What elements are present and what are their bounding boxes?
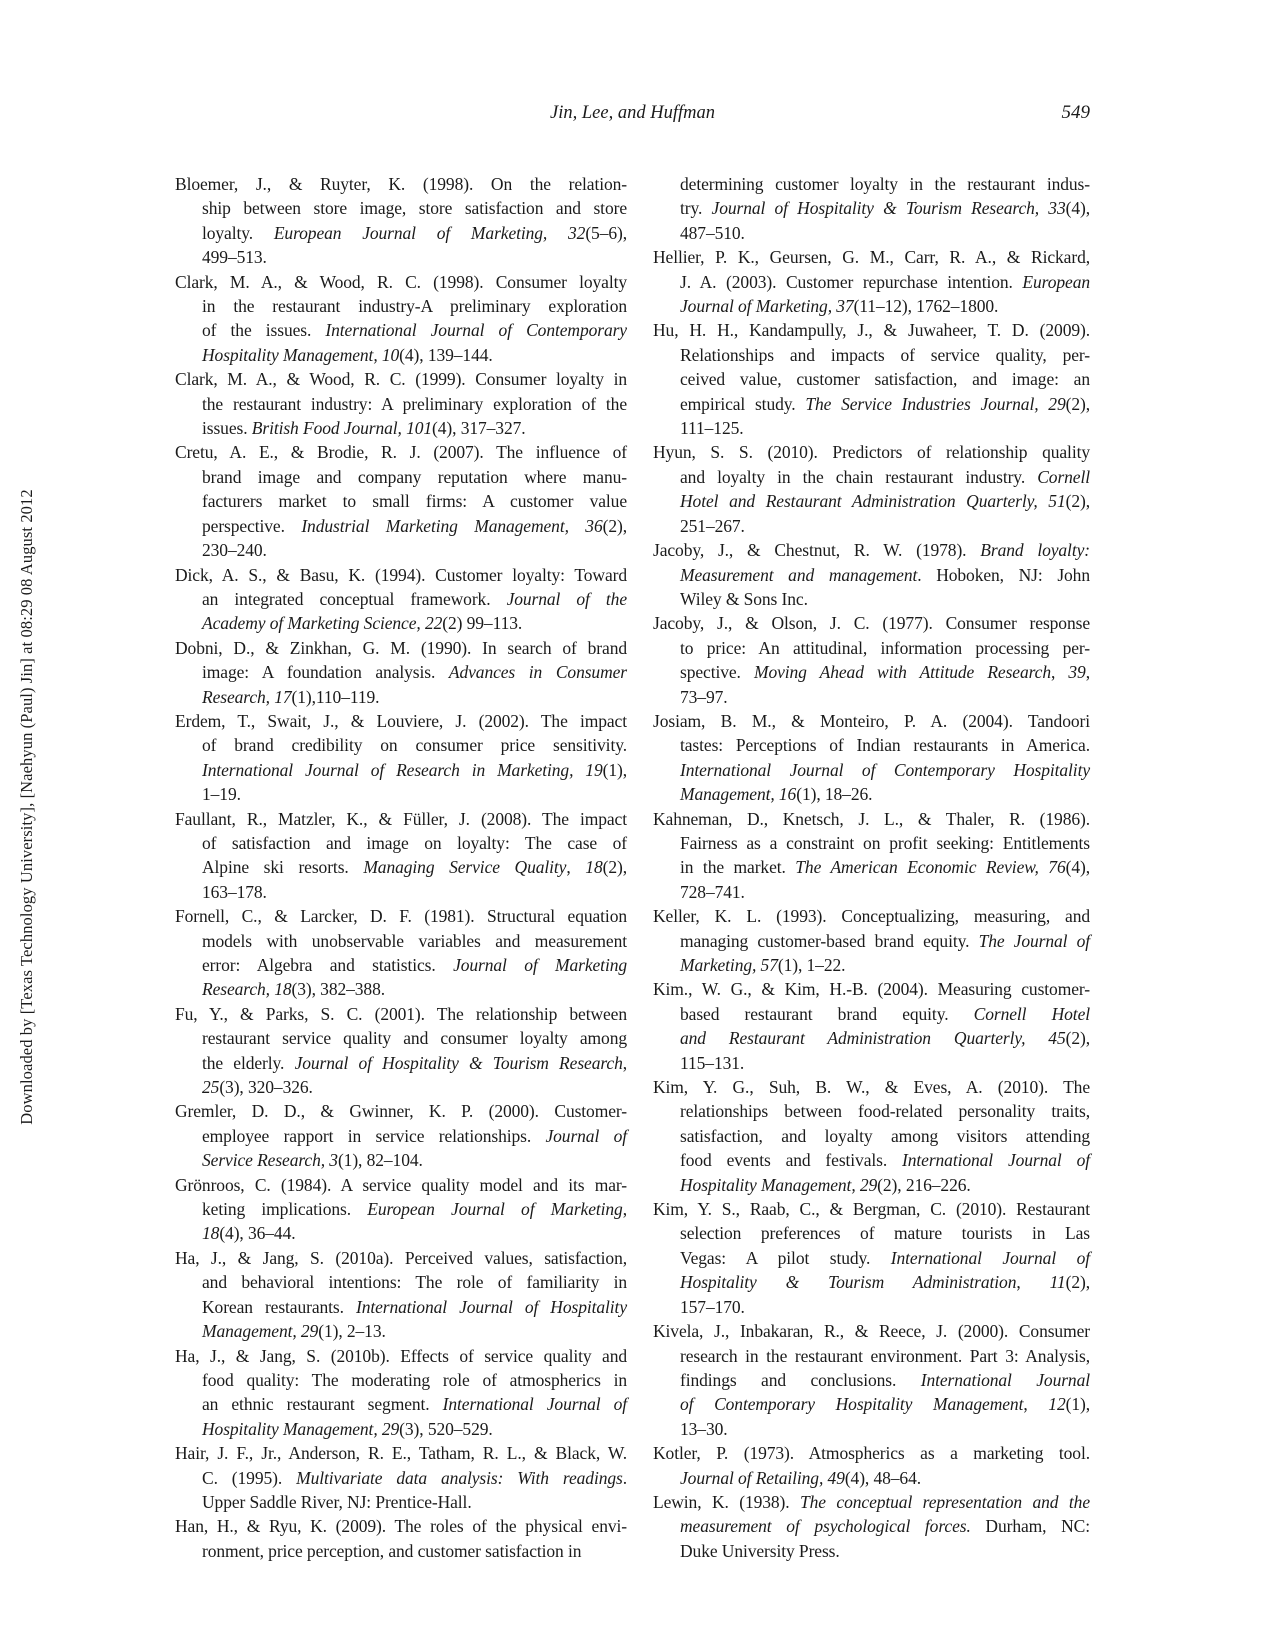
reference-entry: Dick, A. S., & Basu, K. (1994). Customer… xyxy=(175,563,627,636)
reference-line: determining customer loyalty in the rest… xyxy=(653,172,1090,196)
reference-line: relationships between food-related perso… xyxy=(653,1099,1090,1123)
reference-entry: Keller, K. L. (1993). Conceptualizing, m… xyxy=(653,904,1090,977)
reference-line: Josiam, B. M., & Monteiro, P. A. (2004).… xyxy=(653,709,1090,733)
reference-line: Hair, J. F., Jr., Anderson, R. E., Tatha… xyxy=(175,1441,627,1465)
reference-line: 18(4), 36–44. xyxy=(175,1221,627,1245)
reference-line: Hospitality Management, 29(2), 216–226. xyxy=(653,1173,1090,1197)
reference-line: research in the restaurant environment. … xyxy=(653,1344,1090,1368)
reference-line: Duke University Press. xyxy=(653,1539,1090,1563)
reference-line: image: A foundation analysis. Advances i… xyxy=(175,660,627,684)
reference-line: keting implications. European Journal of… xyxy=(175,1197,627,1221)
reference-line: J. A. (2003). Customer repurchase intent… xyxy=(653,270,1090,294)
reference-line: Clark, M. A., & Wood, R. C. (1998). Cons… xyxy=(175,270,627,294)
reference-entry: Jacoby, J., & Chestnut, R. W. (1978). Br… xyxy=(653,538,1090,611)
reference-line: the restaurant industry: A preliminary e… xyxy=(175,392,627,416)
reference-line: Han, H., & Ryu, K. (2009). The roles of … xyxy=(175,1514,627,1538)
reference-entry: Kim, Y. S., Raab, C., & Bergman, C. (201… xyxy=(653,1197,1090,1319)
reference-line: Keller, K. L. (1993). Conceptualizing, m… xyxy=(653,904,1090,928)
reference-line: findings and conclusions. International … xyxy=(653,1368,1090,1392)
reference-line: International Journal of Research in Mar… xyxy=(175,758,627,782)
reference-line: 230–240. xyxy=(175,538,627,562)
reference-entry: Kotler, P. (1973). Atmospherics as a mar… xyxy=(653,1441,1090,1490)
reference-line: empirical study. The Service Industries … xyxy=(653,392,1090,416)
reference-line: Gremler, D. D., & Gwinner, K. P. (2000).… xyxy=(175,1099,627,1123)
page-number: 549 xyxy=(1062,100,1091,126)
reference-line: Fu, Y., & Parks, S. C. (2001). The relat… xyxy=(175,1002,627,1026)
reference-line: issues. British Food Journal, 101(4), 31… xyxy=(175,416,627,440)
reference-entry: Josiam, B. M., & Monteiro, P. A. (2004).… xyxy=(653,709,1090,807)
reference-line: of Contemporary Hospitality Management, … xyxy=(653,1392,1090,1416)
reference-line: Marketing, 57(1), 1–22. xyxy=(653,953,1090,977)
page-content: Jin, Lee, and Huffman 549 Bloemer, J., &… xyxy=(175,100,1090,128)
reference-line: 163–178. xyxy=(175,880,627,904)
reference-entry: Kahneman, D., Knetsch, J. L., & Thaler, … xyxy=(653,807,1090,905)
reference-line: Korean restaurants. International Journa… xyxy=(175,1295,627,1319)
reference-line: measurement of psychological forces. Dur… xyxy=(653,1514,1090,1538)
reference-line: food quality: The moderating role of atm… xyxy=(175,1368,627,1392)
reference-line: Kivela, J., Inbakaran, R., & Reece, J. (… xyxy=(653,1319,1090,1343)
reference-line: Management, 16(1), 18–26. xyxy=(653,782,1090,806)
reference-line: 487–510. xyxy=(653,221,1090,245)
reference-line: to price: An attitudinal, information pr… xyxy=(653,636,1090,660)
reference-entry: Bloemer, J., & Ruyter, K. (1998). On the… xyxy=(175,172,627,270)
reference-line: models with unobservable variables and m… xyxy=(175,929,627,953)
reference-line: in the restaurant industry-A preliminary… xyxy=(175,294,627,318)
reference-line: spective. Moving Ahead with Attitude Res… xyxy=(653,660,1090,684)
reference-line: Kotler, P. (1973). Atmospherics as a mar… xyxy=(653,1441,1090,1465)
download-watermark: Downloaded by [Texas Technology Universi… xyxy=(17,377,37,1237)
reference-line: Dobni, D., & Zinkhan, G. M. (1990). In s… xyxy=(175,636,627,660)
reference-line: Relationships and impacts of service qua… xyxy=(653,343,1090,367)
reference-entry: Jacoby, J., & Olson, J. C. (1977). Consu… xyxy=(653,611,1090,709)
reference-entry: Lewin, K. (1938). The conceptual represe… xyxy=(653,1490,1090,1563)
reference-line: 1–19. xyxy=(175,782,627,806)
reference-line: managing customer-based brand equity. Th… xyxy=(653,929,1090,953)
reference-line: selection preferences of mature tourists… xyxy=(653,1221,1090,1245)
reference-line: 157–170. xyxy=(653,1295,1090,1319)
reference-entry: Fornell, C., & Larcker, D. F. (1981). St… xyxy=(175,904,627,1002)
reference-line: Fairness as a constraint on profit seeki… xyxy=(653,831,1090,855)
running-title: Jin, Lee, and Huffman xyxy=(175,100,1090,126)
reference-line: Bloemer, J., & Ruyter, K. (1998). On the… xyxy=(175,172,627,196)
reference-line: Management, 29(1), 2–13. xyxy=(175,1319,627,1343)
reference-line: International Journal of Contemporary Ho… xyxy=(653,758,1090,782)
reference-entry: Han, H., & Ryu, K. (2009). The roles of … xyxy=(175,1514,627,1563)
reference-entry: Gremler, D. D., & Gwinner, K. P. (2000).… xyxy=(175,1099,627,1172)
reference-line: Research, 17(1),110–119. xyxy=(175,685,627,709)
reference-line: Hotel and Restaurant Administration Quar… xyxy=(653,489,1090,513)
reference-entry: Hellier, P. K., Geursen, G. M., Carr, R.… xyxy=(653,245,1090,318)
reference-line: 115–131. xyxy=(653,1051,1090,1075)
reference-line: Fornell, C., & Larcker, D. F. (1981). St… xyxy=(175,904,627,928)
reference-line: Academy of Marketing Science, 22(2) 99–1… xyxy=(175,611,627,635)
reference-line: Ha, J., & Jang, S. (2010a). Perceived va… xyxy=(175,1246,627,1270)
reference-line: Hu, H. H., Kandampully, J., & Juwaheer, … xyxy=(653,318,1090,342)
reference-entry: Faullant, R., Matzler, K., & Füller, J. … xyxy=(175,807,627,905)
reference-line: satisfaction, and loyalty among visitors… xyxy=(653,1124,1090,1148)
reference-line: Hospitality Management, 10(4), 139–144. xyxy=(175,343,627,367)
page-header: Jin, Lee, and Huffman 549 xyxy=(175,100,1090,128)
reference-line: Vegas: A pilot study. International Jour… xyxy=(653,1246,1090,1270)
reference-line: ship between store image, store satisfac… xyxy=(175,196,627,220)
reference-line: Kahneman, D., Knetsch, J. L., & Thaler, … xyxy=(653,807,1090,831)
reference-line: 73–97. xyxy=(653,685,1090,709)
reference-line: Dick, A. S., & Basu, K. (1994). Customer… xyxy=(175,563,627,587)
reference-line: Hospitality Management, 29(3), 520–529. xyxy=(175,1417,627,1441)
reference-line: the elderly. Journal of Hospitality & To… xyxy=(175,1051,627,1075)
reference-line: Journal of Marketing, 37(11–12), 1762–18… xyxy=(653,294,1090,318)
reference-line: Cretu, A. E., & Brodie, R. J. (2007). Th… xyxy=(175,440,627,464)
reference-entry: Dobni, D., & Zinkhan, G. M. (1990). In s… xyxy=(175,636,627,709)
reference-line: Kim, Y. G., Suh, B. W., & Eves, A. (2010… xyxy=(653,1075,1090,1099)
reference-entry: Kim., W. G., & Kim, H.-B. (2004). Measur… xyxy=(653,977,1090,1075)
reference-line: Upper Saddle River, NJ: Prentice-Hall. xyxy=(175,1490,627,1514)
reference-line: error: Algebra and statistics. Journal o… xyxy=(175,953,627,977)
reference-line: ceived value, customer satisfaction, and… xyxy=(653,367,1090,391)
reference-entry: Clark, M. A., & Wood, R. C. (1998). Cons… xyxy=(175,270,627,368)
reference-line: loyalty. European Journal of Marketing, … xyxy=(175,221,627,245)
reference-line: an ethnic restaurant segment. Internatio… xyxy=(175,1392,627,1416)
reference-entry: Cretu, A. E., & Brodie, R. J. (2007). Th… xyxy=(175,440,627,562)
reference-line: tastes: Perceptions of Indian restaurant… xyxy=(653,733,1090,757)
reference-line: Measurement and management. Hoboken, NJ:… xyxy=(653,563,1090,587)
reference-line: 728–741. xyxy=(653,880,1090,904)
reference-line: brand image and company reputation where… xyxy=(175,465,627,489)
reference-entry: Clark, M. A., & Wood, R. C. (1999). Cons… xyxy=(175,367,627,440)
reference-line: Faullant, R., Matzler, K., & Füller, J. … xyxy=(175,807,627,831)
reference-line: of satisfaction and image on loyalty: Th… xyxy=(175,831,627,855)
reference-line: in the market. The American Economic Rev… xyxy=(653,855,1090,879)
reference-line: ronment, price perception, and customer … xyxy=(175,1539,627,1563)
reference-line: Erdem, T., Swait, J., & Louviere, J. (20… xyxy=(175,709,627,733)
reference-line: Hyun, S. S. (2010). Predictors of relati… xyxy=(653,440,1090,464)
reference-entry: determining customer loyalty in the rest… xyxy=(653,172,1090,245)
reference-entry: Ha, J., & Jang, S. (2010a). Perceived va… xyxy=(175,1246,627,1344)
reference-line: C. (1995). Multivariate data analysis: W… xyxy=(175,1466,627,1490)
reference-entry: Ha, J., & Jang, S. (2010b). Effects of s… xyxy=(175,1344,627,1442)
reference-line: perspective. Industrial Marketing Manage… xyxy=(175,514,627,538)
reference-entry: Hair, J. F., Jr., Anderson, R. E., Tatha… xyxy=(175,1441,627,1514)
reference-line: 499–513. xyxy=(175,245,627,269)
reference-line: an integrated conceptual framework. Jour… xyxy=(175,587,627,611)
reference-entry: Hyun, S. S. (2010). Predictors of relati… xyxy=(653,440,1090,538)
reference-line: and Restaurant Administration Quarterly,… xyxy=(653,1026,1090,1050)
reference-line: 13–30. xyxy=(653,1417,1090,1441)
references-left-column: Bloemer, J., & Ruyter, K. (1998). On the… xyxy=(175,172,627,1563)
reference-entry: Kim, Y. G., Suh, B. W., & Eves, A. (2010… xyxy=(653,1075,1090,1197)
reference-line: of the issues. International Journal of … xyxy=(175,318,627,342)
reference-line: facturers market to small firms: A custo… xyxy=(175,489,627,513)
reference-line: restaurant service quality and consumer … xyxy=(175,1026,627,1050)
reference-line: of brand credibility on consumer price s… xyxy=(175,733,627,757)
reference-line: Clark, M. A., & Wood, R. C. (1999). Cons… xyxy=(175,367,627,391)
reference-entry: Grönroos, C. (1984). A service quality m… xyxy=(175,1173,627,1246)
reference-line: Wiley & Sons Inc. xyxy=(653,587,1090,611)
reference-line: Hellier, P. K., Geursen, G. M., Carr, R.… xyxy=(653,245,1090,269)
references-list: Bloemer, J., & Ruyter, K. (1998). On the… xyxy=(175,172,1090,1563)
reference-line: Service Research, 3(1), 82–104. xyxy=(175,1148,627,1172)
reference-line: Kim., W. G., & Kim, H.-B. (2004). Measur… xyxy=(653,977,1090,1001)
reference-line: 111–125. xyxy=(653,416,1090,440)
reference-entry: Fu, Y., & Parks, S. C. (2001). The relat… xyxy=(175,1002,627,1100)
reference-line: based restaurant brand equity. Cornell H… xyxy=(653,1002,1090,1026)
reference-line: food events and festivals. International… xyxy=(653,1148,1090,1172)
reference-line: Grönroos, C. (1984). A service quality m… xyxy=(175,1173,627,1197)
reference-entry: Kivela, J., Inbakaran, R., & Reece, J. (… xyxy=(653,1319,1090,1441)
reference-line: Ha, J., & Jang, S. (2010b). Effects of s… xyxy=(175,1344,627,1368)
reference-line: Research, 18(3), 382–388. xyxy=(175,977,627,1001)
reference-line: and behavioral intentions: The role of f… xyxy=(175,1270,627,1294)
reference-line: Hospitality & Tourism Administration, 11… xyxy=(653,1270,1090,1294)
reference-line: Journal of Retailing, 49(4), 48–64. xyxy=(653,1466,1090,1490)
references-right-column: determining customer loyalty in the rest… xyxy=(653,172,1090,1563)
reference-line: Jacoby, J., & Chestnut, R. W. (1978). Br… xyxy=(653,538,1090,562)
reference-line: Lewin, K. (1938). The conceptual represe… xyxy=(653,1490,1090,1514)
reference-line: try. Journal of Hospitality & Tourism Re… xyxy=(653,196,1090,220)
reference-line: and loyalty in the chain restaurant indu… xyxy=(653,465,1090,489)
reference-line: Jacoby, J., & Olson, J. C. (1977). Consu… xyxy=(653,611,1090,635)
reference-line: Alpine ski resorts. Managing Service Qua… xyxy=(175,855,627,879)
reference-line: employee rapport in service relationship… xyxy=(175,1124,627,1148)
reference-line: Kim, Y. S., Raab, C., & Bergman, C. (201… xyxy=(653,1197,1090,1221)
reference-line: 251–267. xyxy=(653,514,1090,538)
reference-entry: Erdem, T., Swait, J., & Louviere, J. (20… xyxy=(175,709,627,807)
reference-entry: Hu, H. H., Kandampully, J., & Juwaheer, … xyxy=(653,318,1090,440)
reference-line: 25(3), 320–326. xyxy=(175,1075,627,1099)
